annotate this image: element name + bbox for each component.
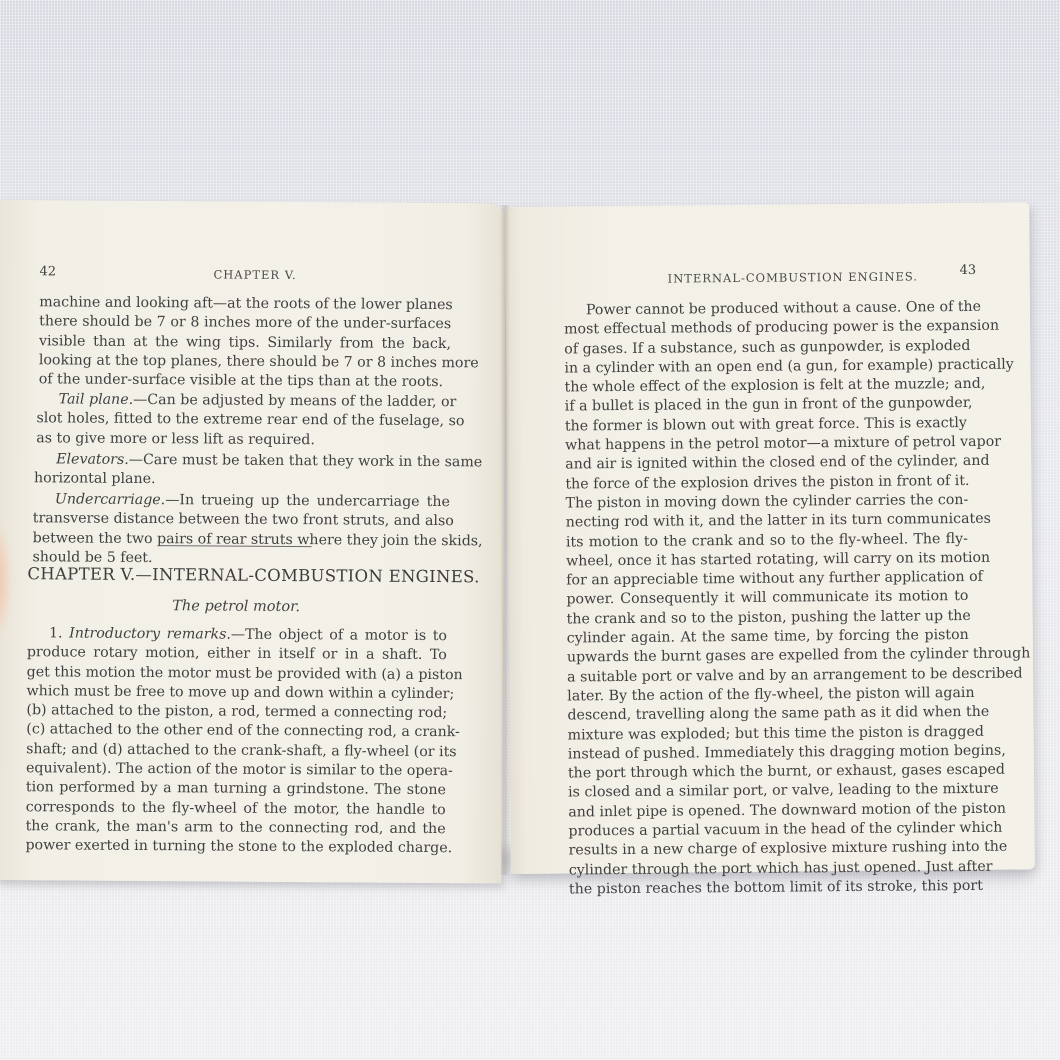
page-number-right: 43 [960, 263, 977, 278]
text-line: as to give more or less lift as required… [36, 429, 450, 451]
text-line: power exerted in turning the stone to th… [25, 836, 445, 858]
page-number-left: 42 [39, 264, 56, 279]
elevators-paragraph: Elevators.—Care must be taken that they … [34, 450, 450, 491]
running-head-left: CHAPTER V. [213, 267, 296, 282]
text-line: produce rotary motion, either in itself … [27, 643, 447, 665]
undercarriage-paragraph: Undercarriage.—In trueing up the underca… [32, 490, 450, 570]
elevators-label: Elevators. [56, 451, 129, 468]
text-line: tion performed by a man turning a grinds… [26, 779, 446, 801]
running-head-right: INTERNAL-COMBUSTION ENGINES. [668, 269, 918, 285]
right-main-paragraph: Power cannot be produced without a cause… [564, 298, 971, 900]
text-run: —In trueing up the undercarriage the [165, 492, 450, 510]
photo-scene: 42 CHAPTER V. machine and looking aft—at… [0, 0, 1060, 1060]
undercarriage-label: Undercarriage. [55, 491, 165, 508]
introductory-remarks-label: Introductory remarks. [69, 625, 231, 642]
text-line: horizontal plane. [34, 470, 450, 492]
right-page: INTERNAL-COMBUSTION ENGINES. 43 Power ca… [505, 202, 1035, 874]
section-number: 1. [49, 625, 63, 641]
text-line: (c) attached to the other end of the con… [26, 721, 446, 743]
text-line: slot holes, fitted to the extreme rear e… [36, 410, 450, 432]
text-line: there should be 7 or 8 inches more of th… [39, 313, 451, 335]
text-line: of the under-surface visible at the tips… [39, 370, 451, 392]
left-page: 42 CHAPTER V. machine and looking aft—at… [0, 200, 506, 884]
section-title: The petrol motor. [27, 597, 445, 616]
tail-plane-label: Tail plane. [59, 391, 134, 408]
left-opening-paragraph: machine and looking aft—at the roots of … [39, 293, 452, 392]
chapter-heading: CHAPTER V.—INTERNAL-COMBUSTION ENGINES. [27, 564, 445, 586]
introductory-remarks-paragraph: 1. Introductory remarks.—The object of a… [25, 624, 447, 858]
text-run: —Care must be taken that they work in th… [129, 452, 483, 470]
text-line: transverse distance between the two fron… [33, 510, 450, 532]
tail-plane-paragraph: Tail plane.—Can be adjusted by means of … [36, 390, 450, 451]
book-gutter [500, 205, 510, 875]
text-line: the piston reaches the bottom limit of i… [569, 877, 971, 900]
text-run: —The object of a motor is to [231, 627, 447, 645]
text-run: —Can be adjusted by means of the ladder,… [133, 392, 456, 410]
